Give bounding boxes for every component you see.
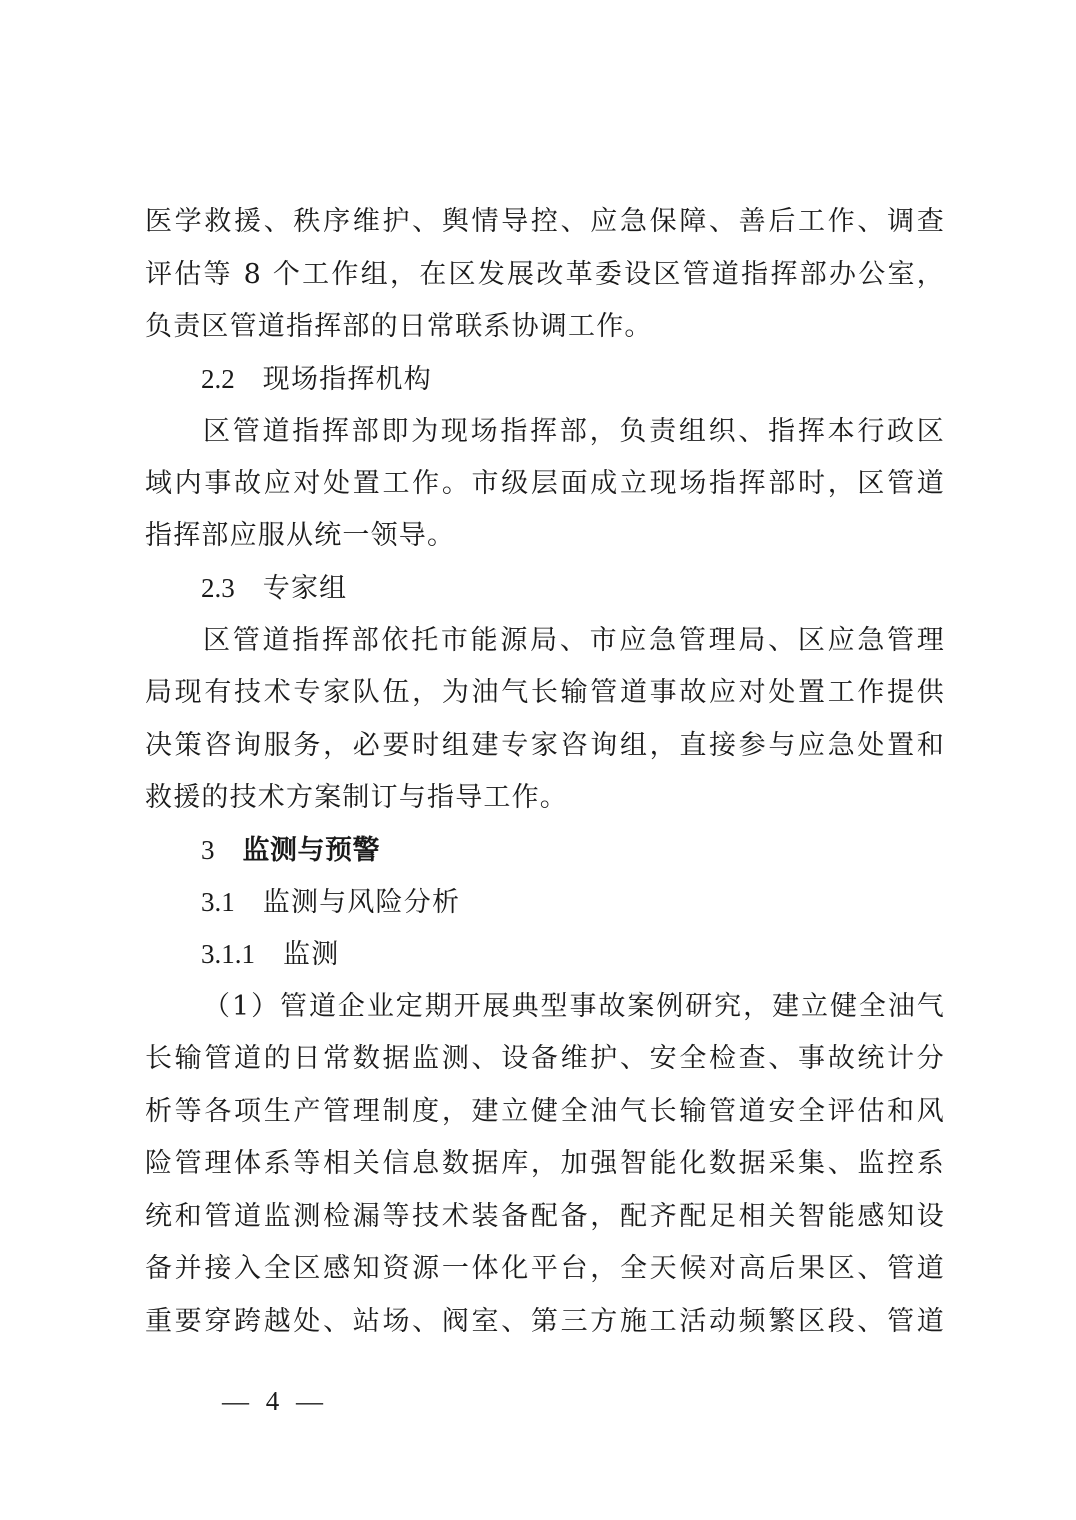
- paragraph-line: 区管道指挥部即为现场指挥部，负责组织、指挥本行政区: [203, 417, 945, 447]
- section-heading-2-2: 2.2现场指挥机构: [201, 364, 1001, 395]
- paragraph-line: 医学救援、秩序维护、舆情导控、应急保障、善后工作、调查: [145, 207, 945, 237]
- section-heading-2-3: 2.3专家组: [201, 573, 1001, 604]
- paragraph-line: 负责区管道指挥部的日常联系协调工作。: [145, 312, 945, 342]
- paragraph-line: 备并接入全区感知资源一体化平台，全天候对高后果区、管道: [145, 1254, 945, 1284]
- section-number: 3.1: [201, 887, 235, 917]
- section-number: 2.3: [201, 573, 235, 603]
- paragraph-line: 域内事故应对处置工作。市级层面成立现场指挥部时，区管道: [145, 469, 945, 499]
- paragraph-line: 统和管道监测检漏等技术装备配备，配齐配足相关智能感知设: [145, 1202, 945, 1232]
- section-number: 3: [201, 835, 215, 865]
- section-title: 监测与风险分析: [263, 887, 460, 918]
- section-title: 专家组: [263, 573, 348, 604]
- section-heading-3-1-1: 3.1.1监测: [201, 939, 1001, 970]
- section-number: 3.1.1: [201, 939, 255, 969]
- paragraph-line: 重要穿跨越处、站场、阀室、第三方施工活动频繁区段、管道: [145, 1307, 945, 1337]
- section-title: 现场指挥机构: [263, 364, 432, 395]
- page-number: — 4 —: [222, 1386, 323, 1417]
- section-title: 监测: [283, 939, 339, 970]
- document-page: 医学救援、秩序维护、舆情导控、应急保障、善后工作、调查 评估等 8 个工作组，在…: [0, 0, 1076, 1520]
- section-heading-3-1: 3.1监测与风险分析: [201, 887, 1001, 918]
- paragraph-line: 局现有技术专家队伍，为油气长输管道事故应对处置工作提供: [145, 678, 945, 708]
- section-number: 2.2: [201, 364, 235, 394]
- paragraph-line: 析等各项生产管理制度，建立健全油气长输管道安全评估和风: [145, 1097, 945, 1127]
- paragraph-line: 评估等 8 个工作组，在区发展改革委设区管道指挥部办公室，: [145, 260, 945, 290]
- paragraph-line: 区管道指挥部依托市能源局、市应急管理局、区应急管理: [203, 626, 945, 656]
- paragraph-line: 救援的技术方案制订与指导工作。: [145, 783, 945, 813]
- section-heading-3: 3监测与预警: [201, 835, 1001, 866]
- section-title: 监测与预警: [243, 835, 381, 866]
- paragraph-line: 险管理体系等相关信息数据库，加强智能化数据采集、监控系: [145, 1149, 945, 1179]
- paragraph-line: 决策咨询服务，必要时组建专家咨询组，直接参与应急处置和: [145, 731, 945, 761]
- paragraph-line: 长输管道的日常数据监测、设备维护、安全检查、事故统计分: [145, 1044, 945, 1074]
- paragraph-line: （1）管道企业定期开展典型事故案例研究，建立健全油气: [203, 992, 945, 1022]
- paragraph-line: 指挥部应服从统一领导。: [145, 521, 945, 551]
